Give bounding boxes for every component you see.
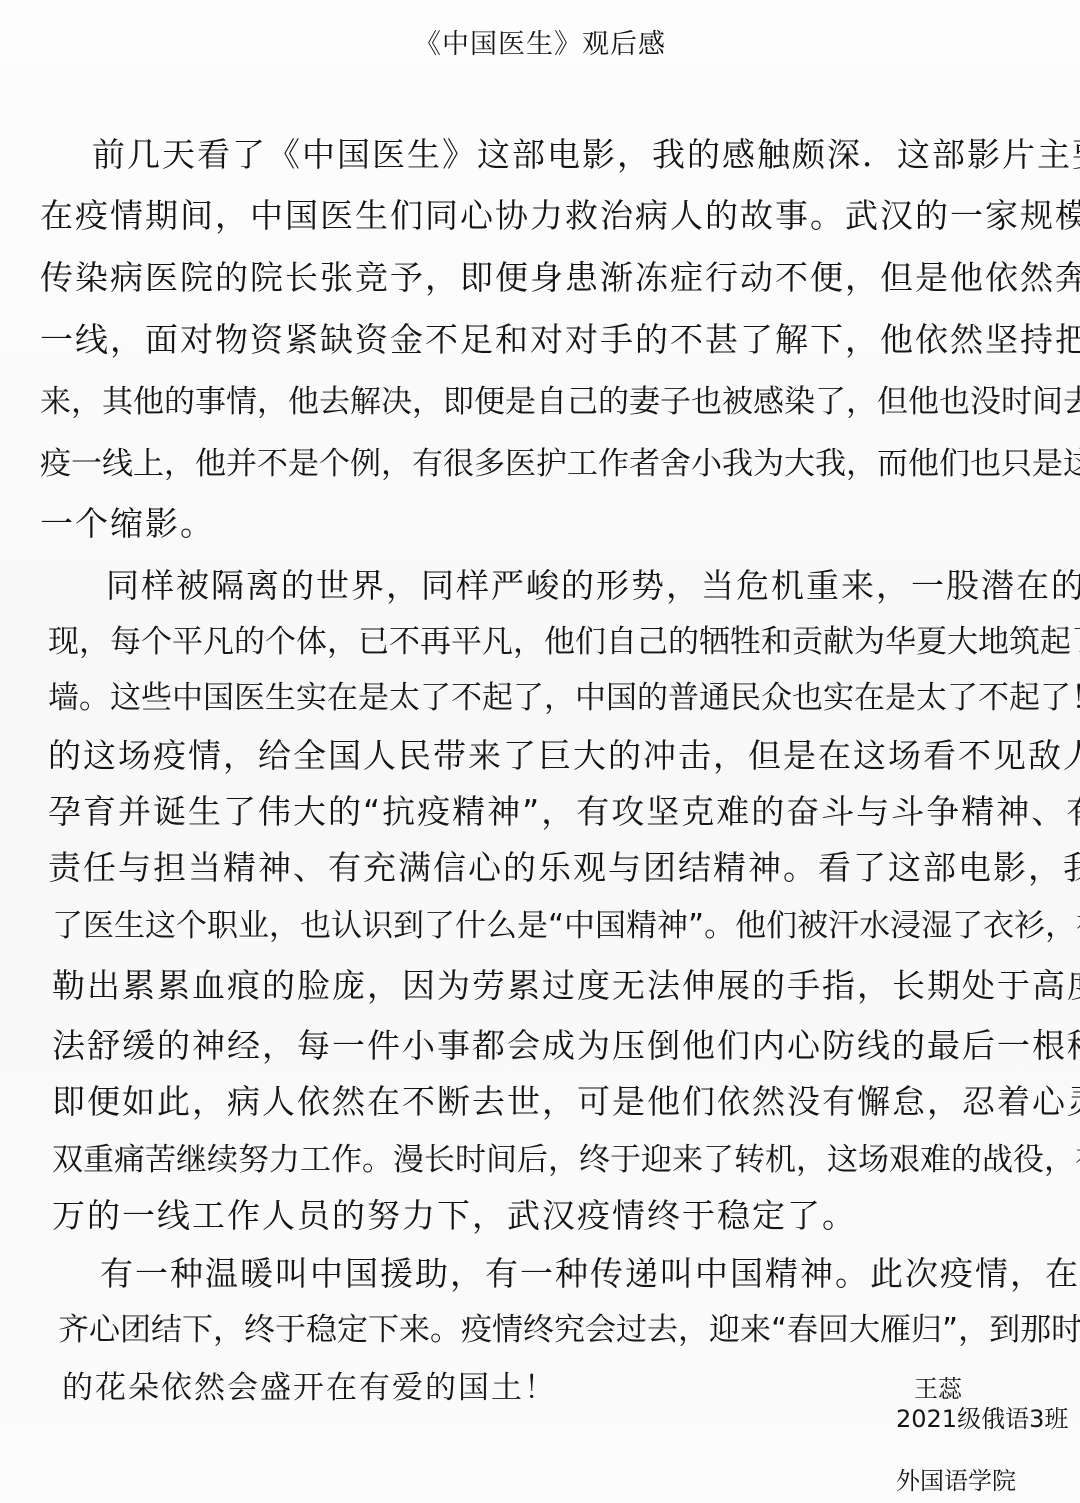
- essay-line: 同样被隔离的世界，同样严峻的形势，当危机重来，一股潜在的力量正在涌: [106, 566, 1080, 606]
- essay-line: 孕育并诞生了伟大的“抗疫精神”，有攻坚克难的奋斗与斗争精神、有积极作为的: [48, 792, 1080, 832]
- essay-title: 《中国医生》观后感: [0, 22, 1080, 61]
- essay-line: 疫一线上，他并不是个例，有很多医护工作者舍小我为大我，而他们也只是这个岗位的: [40, 444, 1080, 484]
- essay-line: 一个缩影。: [40, 504, 215, 544]
- essay-line: 传染病医院的院长张竞予，即便身患渐冻症行动不便，但是他依然奔走在第: [40, 258, 1080, 298]
- handwritten-essay-page: 《中国医生》观后感 前几天看了《中国医生》这部电影，我的感触颇深．这部影片主要讲…: [0, 0, 1080, 1503]
- essay-line: 的这场疫情，给全国人民带来了巨大的冲击，但是在这场看不见敌人的战“疫”中: [48, 736, 1080, 776]
- essay-line: 现，每个平凡的个体，已不再平凡，他们自己的牺牲和贡献为华夏大地筑起了防火: [48, 622, 1080, 662]
- essay-line: 在疫情期间，中国医生们同心协力救治病人的故事。武汉的一家规模并不大的: [40, 196, 1080, 236]
- author-college: 外国语学院: [896, 1466, 1016, 1496]
- essay-line: 的花朵依然会盛开在有爱的国土！: [62, 1368, 557, 1408]
- essay-line: 勒出累累血痕的脸庞，因为劳累过度无法伸展的手指，长期处于高度紧张状无: [52, 966, 1080, 1006]
- essay-line: 责任与担当精神、有充满信心的乐观与团结精神。看了这部电影，我重新认识到: [48, 848, 1080, 888]
- essay-line: 了医生这个职业，也认识到了什么是“中国精神”。他们被汗水浸湿了衣衫，被面罩: [52, 906, 1080, 946]
- author-name: 王蕊: [914, 1374, 962, 1404]
- author-class: 2021级俄语3班: [896, 1404, 1068, 1434]
- essay-line: 有一种温暖叫中国援助，有一种传递叫中国精神。此次疫情，在中国人民的: [100, 1254, 1080, 1294]
- essay-line: 来，其他的事情，他去解决，即便是自己的妻子也被感染了，但他也没时间去看。在防: [40, 382, 1080, 422]
- essay-line: 一线，面对物资紧缺资金不足和对对手的不甚了解下，他依然坚持把病人都拉: [40, 320, 1080, 360]
- essay-line: 万的一线工作人员的努力下，武汉疫情终于稳定了。: [52, 1196, 857, 1236]
- essay-line: 即便如此，病人依然在不断去世，可是他们依然没有懈怠，忍着心灵和身体上的: [52, 1082, 1080, 1122]
- essay-line: 齐心团结下，终于稳定下来。疫情终究会过去，迎来“春回大雁归”，到那时，灿烂: [58, 1310, 1080, 1350]
- essay-line: 前几天看了《中国医生》这部电影，我的感触颇深．这部影片主要讲述了: [92, 135, 1080, 175]
- essay-line: 墙。这些中国医生实在是太了不起了，中国的普通民众也实在是太了不起了！冬末春初: [48, 678, 1080, 718]
- essay-line: 双重痛苦继续努力工作。漫长时间后，终于迎来了转机，这场艰难的战役，在千千万: [52, 1140, 1080, 1180]
- essay-line: 法舒缓的神经，每一件小事都会成为压倒他们内心防线的最后一根稻草。然而，: [52, 1026, 1080, 1066]
